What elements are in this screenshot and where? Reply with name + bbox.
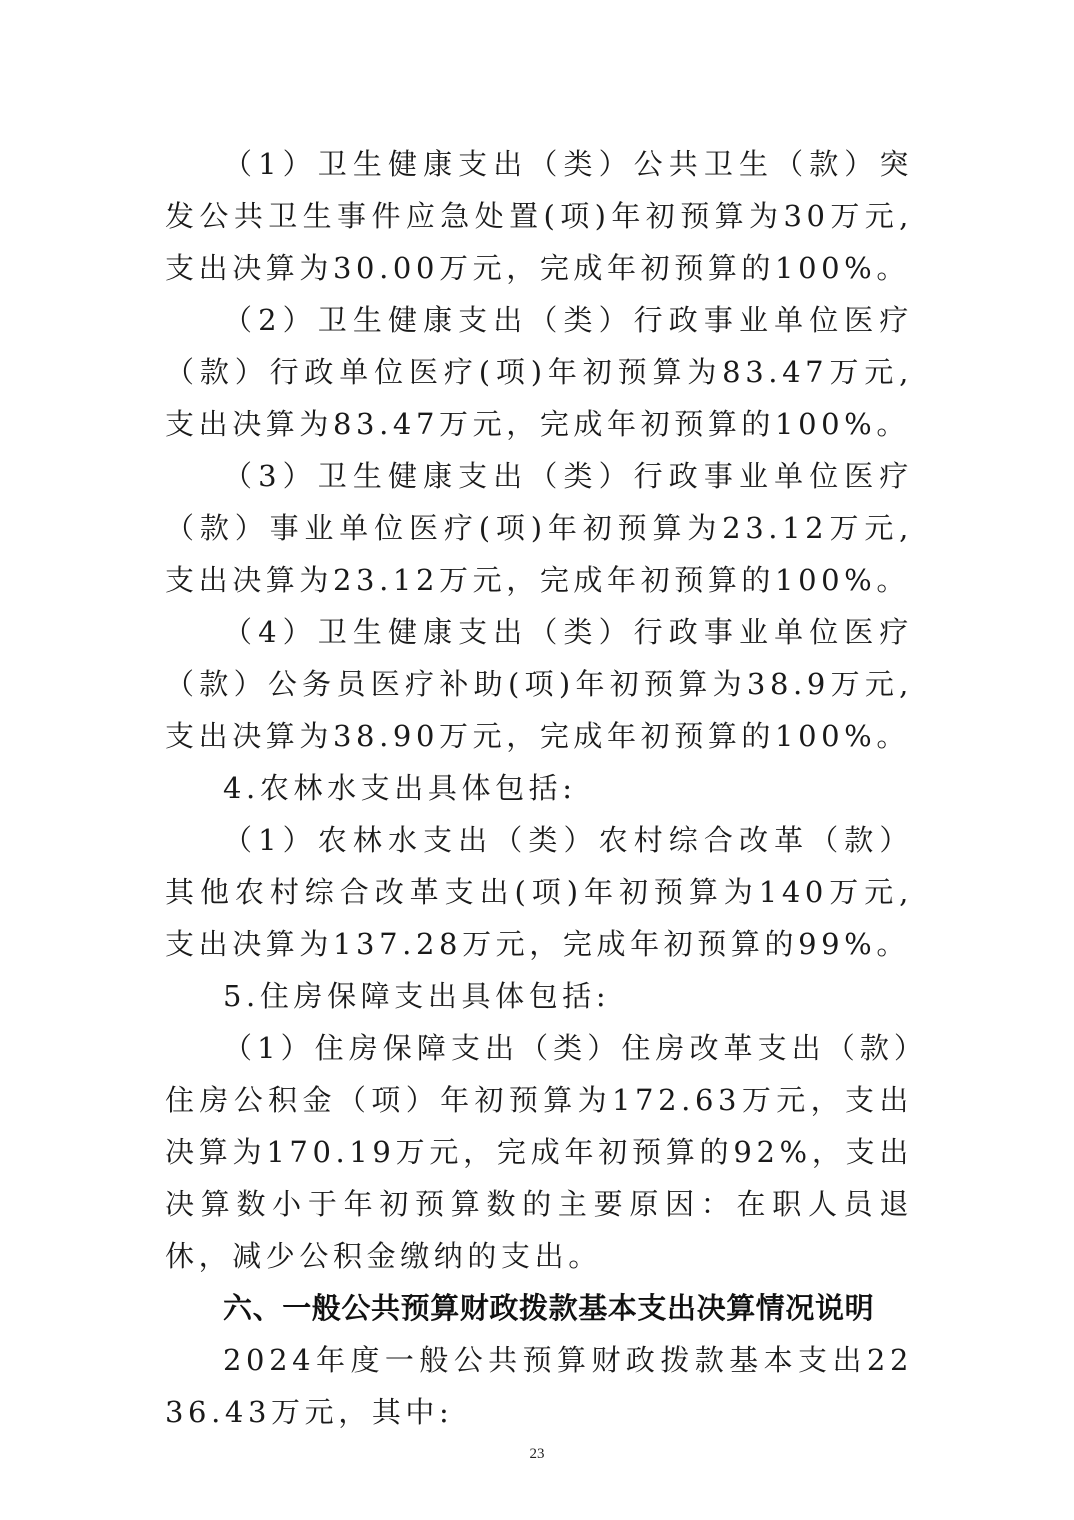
paragraph-admin-medical: （2）卫生健康支出（类）行政事业单位医疗（款）行政单位医疗(项)年初预算为83.… [165,294,913,450]
paragraph-civil-servant-medical: （4）卫生健康支出（类）行政事业单位医疗（款）公务员医疗补助(项)年初预算为38… [165,606,913,762]
section-heading-basic-expenditure: 六、一般公共预算财政拨款基本支出决算情况说明 [165,1282,913,1334]
paragraph-housing-fund: （1）住房保障支出（类）住房改革支出（款）住房公积金（项）年初预算为172.63… [165,1022,913,1282]
paragraph-basic-expenditure-total: 2024年度一般公共预算财政拨款基本支出2236.43万元，其中: [165,1334,913,1438]
section-agriculture-title: 4.农林水支出具体包括: [165,762,913,814]
paragraph-health-emergency: （1）卫生健康支出（类）公共卫生（款）突发公共卫生事件应急处置(项)年初预算为3… [165,138,913,294]
document-page: （1）卫生健康支出（类）公共卫生（款）突发公共卫生事件应急处置(项)年初预算为3… [165,138,913,1438]
section-housing-title: 5.住房保障支出具体包括: [165,970,913,1022]
paragraph-rural-reform: （1）农林水支出（类）农村综合改革（款）其他农村综合改革支出(项)年初预算为14… [165,814,913,970]
paragraph-institution-medical: （3）卫生健康支出（类）行政事业单位医疗（款）事业单位医疗(项)年初预算为23.… [165,450,913,606]
page-number: 23 [0,1446,1074,1463]
